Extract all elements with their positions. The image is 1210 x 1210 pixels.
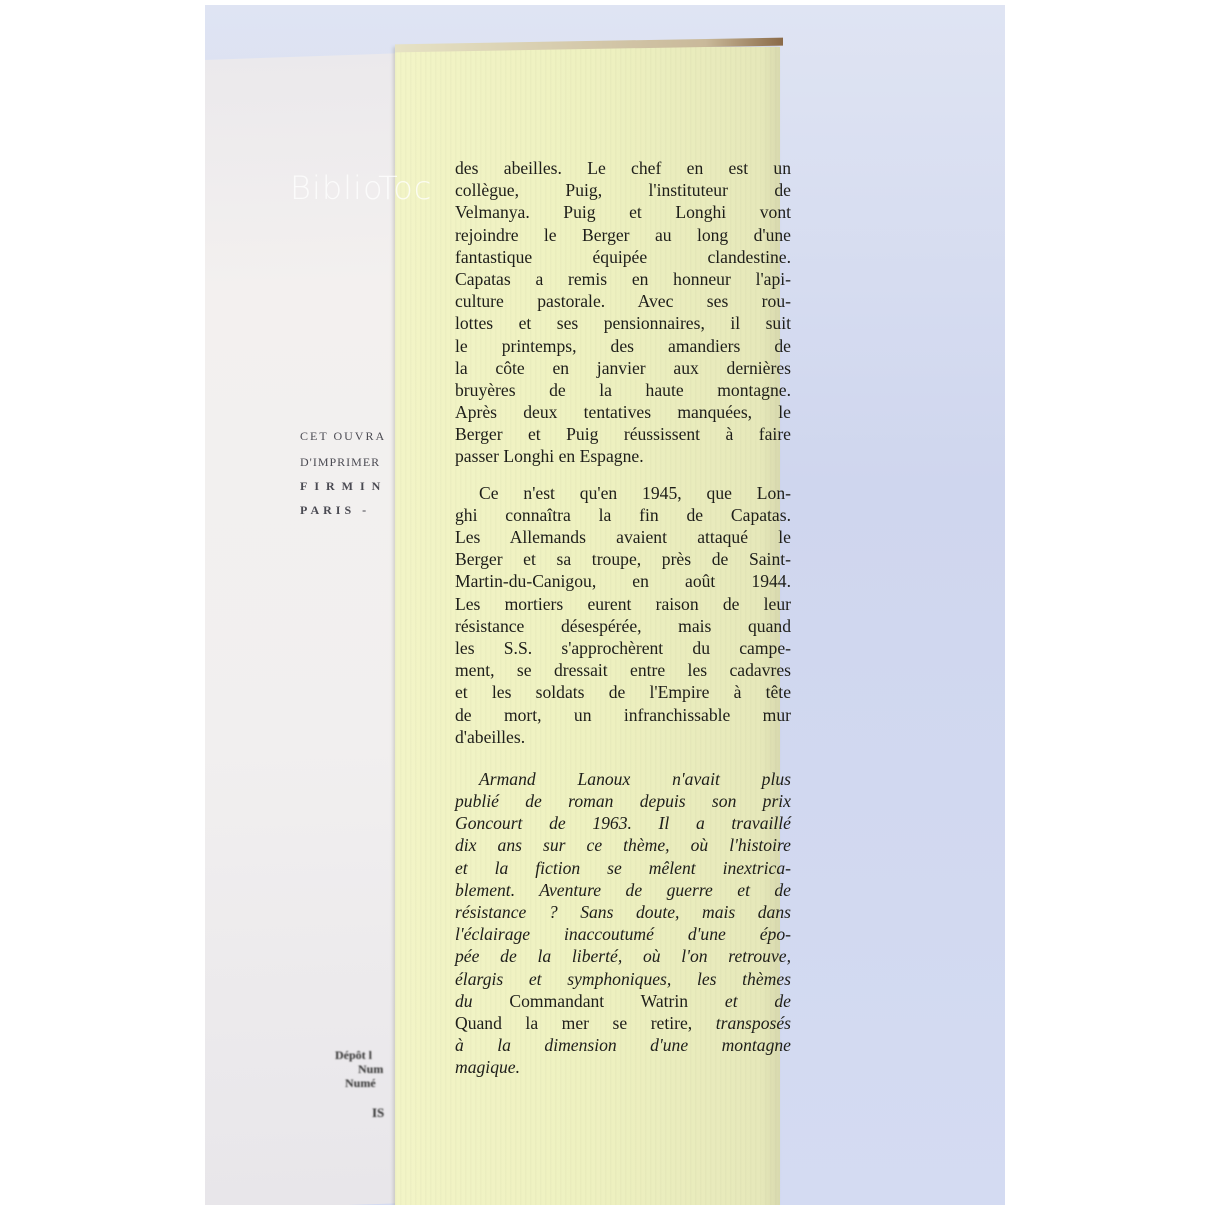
text-line: ghi connaîtra la fin de Capatas.	[455, 504, 791, 526]
flap-text: des abeilles. Le chef en est uncollègue,…	[455, 157, 791, 1079]
text-line: Berger et sa troupe, près de Saint-	[455, 548, 791, 570]
text-line: ment, se dressait entre les cadavres	[455, 659, 791, 681]
text-line: Armand Lanoux n'avait plus	[455, 768, 791, 790]
legal-line: Numé	[345, 1076, 376, 1091]
text-line: Ce n'est qu'en 1945, que Lon-	[455, 482, 791, 504]
text-line: dix ans sur ce thème, où l'histoire	[455, 834, 791, 856]
text-line: blement. Aventure de guerre et de	[455, 879, 791, 901]
book-title-quand-la-mer: Quand la mer se retire,	[455, 1013, 692, 1033]
text-line: Goncourt de 1963. Il a travaillé	[455, 812, 791, 834]
text-line: résistance désespérée, mais quand	[455, 615, 791, 637]
text-line: résistance ? Sans doute, mais dans	[455, 901, 791, 923]
text-line: Velmanya. Puig et Longhi vont	[455, 201, 791, 223]
text-line: Après deux tentatives manquées, le	[455, 401, 791, 423]
paragraph-1: des abeilles. Le chef en est uncollègue,…	[455, 157, 791, 468]
text-line: Martin-du-Canigou, en août 1944.	[455, 570, 791, 592]
imprint-line: PARIS -	[300, 503, 370, 518]
text-line: élargis et symphoniques, les thèmes	[455, 968, 791, 990]
watermark: BiblioToc	[290, 169, 432, 207]
text-line: le printemps, des amandiers de	[455, 335, 791, 357]
legal-line: IS	[372, 1105, 384, 1121]
text-line: Capatas a remis en honneur l'api-	[455, 268, 791, 290]
text-line: rejoindre le Berger au long d'une	[455, 224, 791, 246]
text-line: fantastique équipée clandestine.	[455, 246, 791, 268]
text-line: lottes et ses pensionnaires, il suit	[455, 312, 791, 334]
imprint-line: D'IMPRIMER	[300, 455, 380, 470]
imprint-line: CET OUVRA	[300, 429, 386, 444]
text-line: d'abeilles.	[455, 726, 791, 748]
legal-line: Num	[358, 1062, 383, 1077]
text-line: bruyères de la haute montagne.	[455, 379, 791, 401]
text-line: pée de la liberté, où l'on retrouve,	[455, 945, 791, 967]
text-line: l'éclairage inaccoutumé d'une épo-	[455, 923, 791, 945]
text-line: et les soldats de l'Empire à tête	[455, 681, 791, 703]
text-line: les S.S. s'approchèrent du campe-	[455, 637, 791, 659]
text-line: des abeilles. Le chef en est un	[455, 157, 791, 179]
photo: CET OUVRA D'IMPRIMER FIRMIN PARIS - Dépô…	[205, 5, 1005, 1205]
text-line: et la fiction se mêlent inextrica-	[455, 857, 791, 879]
text-line: publié de roman depuis son prix	[455, 790, 791, 812]
book-title-commandant-watrin: Commandant Watrin	[509, 991, 688, 1011]
paragraph-3: Armand Lanoux n'avait pluspublié de roma…	[455, 768, 791, 990]
imprint-line: FIRMIN	[300, 479, 387, 494]
text-line: Berger et Puig réussissent à faire	[455, 423, 791, 445]
text-line: collègue, Puig, l'instituteur de	[455, 179, 791, 201]
text-line: Les mortiers eurent raison de leur	[455, 593, 791, 615]
text-line: passer Longhi en Espagne.	[455, 445, 791, 467]
text-line: de mort, un infranchissable mur	[455, 704, 791, 726]
legal-line: Dépôt l	[335, 1048, 372, 1063]
text-line: Les Allemands avaient attaqué le	[455, 526, 791, 548]
paragraph-3-tail: du Commandant Watrin et de Quand la mer …	[455, 990, 791, 1079]
text-line: la côte en janvier aux dernières	[455, 357, 791, 379]
paragraph-2: Ce n'est qu'en 1945, que Lon-ghi connaît…	[455, 482, 791, 748]
text-line: culture pastorale. Avec ses rou-	[455, 290, 791, 312]
